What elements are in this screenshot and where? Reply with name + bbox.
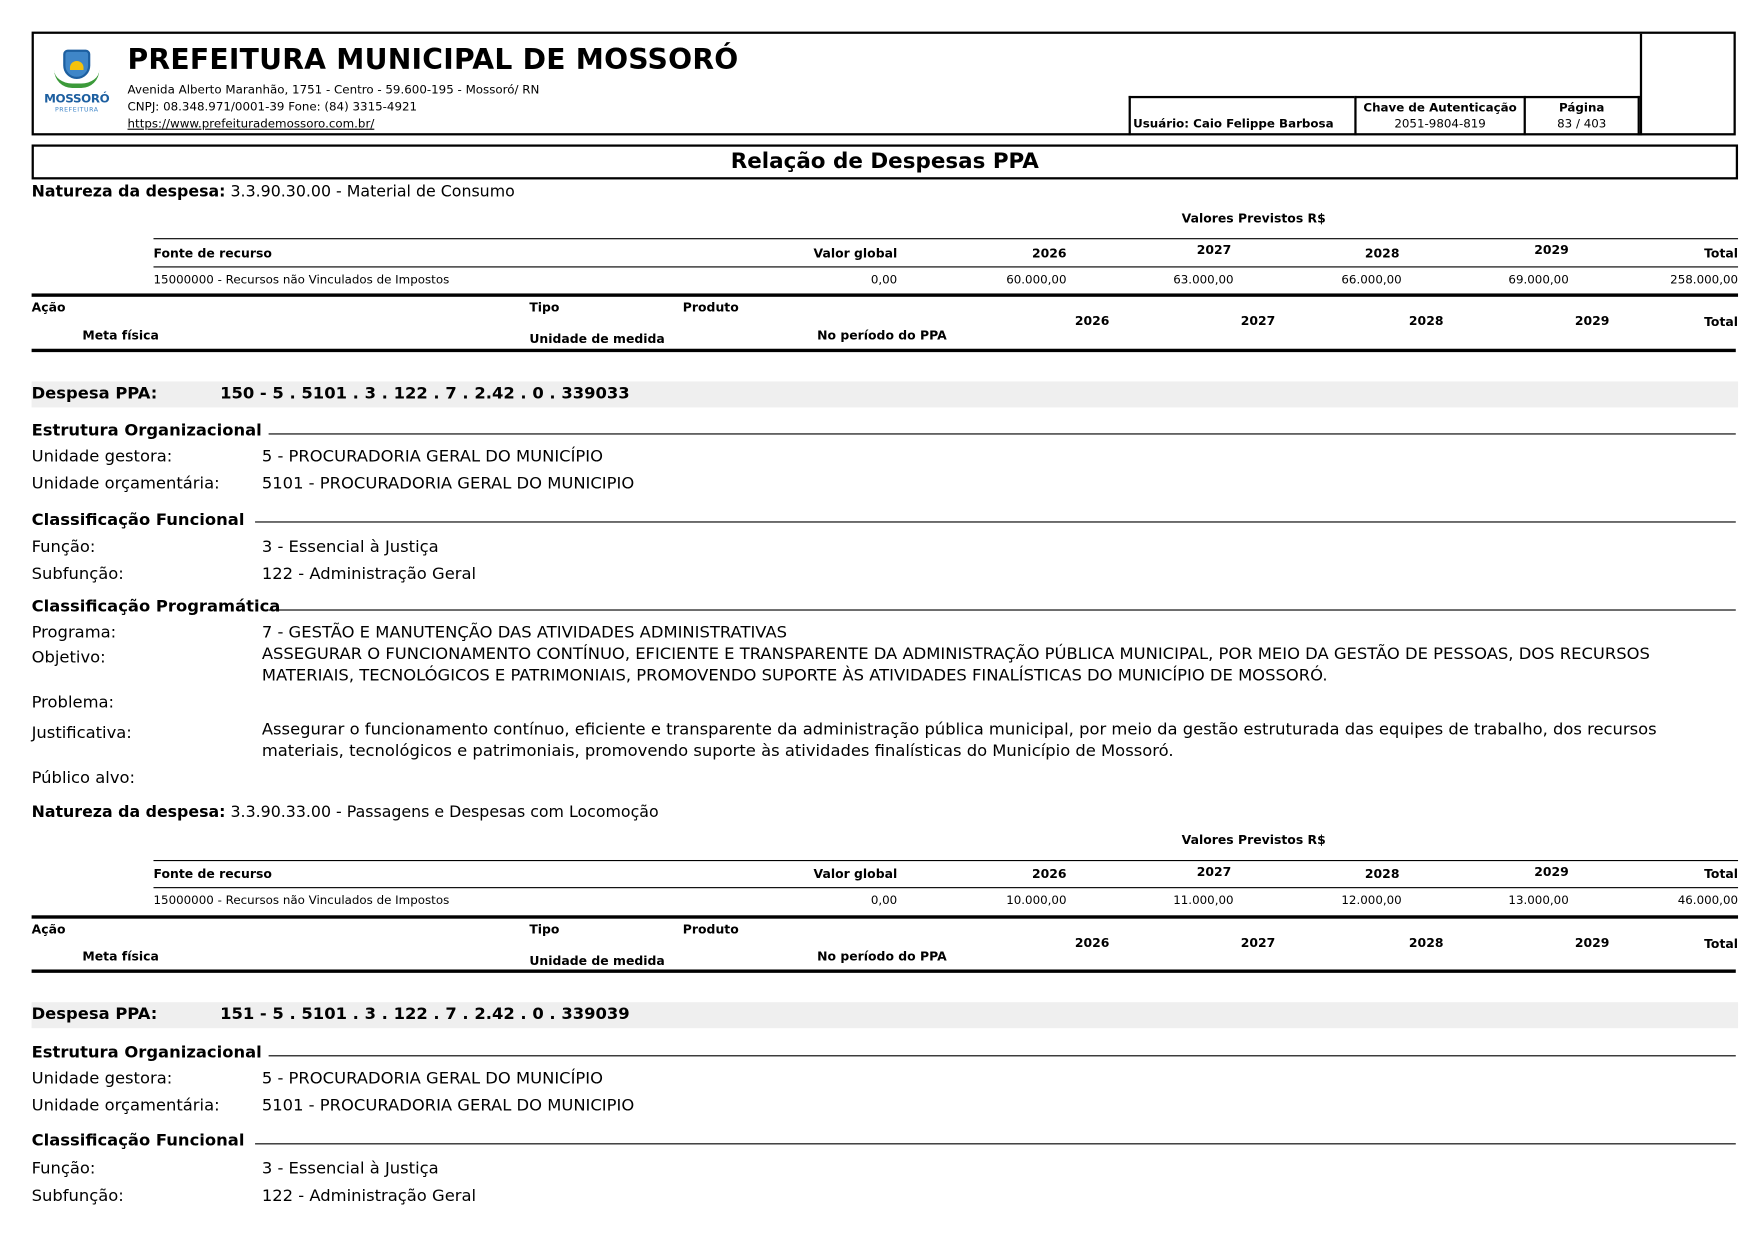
col-total: Total xyxy=(1659,246,1738,261)
natureza-value: 3.3.90.33.00 - Passagens e Despesas com … xyxy=(230,804,658,822)
col-year-2029: 2029 xyxy=(1501,865,1569,880)
col-no-periodo: No período do PPA xyxy=(817,949,947,964)
natureza-despesa-2: Natureza da despesa: 3.3.90.33.00 - Pass… xyxy=(32,804,659,822)
valor-global-value: 0,00 xyxy=(784,894,897,908)
col-year-2026: 2026 xyxy=(999,867,1067,882)
natureza-despesa-1: Natureza da despesa: 3.3.90.30.00 - Mate… xyxy=(32,183,515,201)
col-produto: Produto xyxy=(683,300,739,315)
org-address: Avenida Alberto Maranhão, 1751 - Centro … xyxy=(128,84,540,98)
report-page: MOSSORÓ PREFEITURA PREFEITURA MUNICIPAL … xyxy=(0,0,1755,1240)
value-2027: 11.000,00 xyxy=(1121,894,1234,908)
col-year-2028: 2028 xyxy=(1332,867,1400,882)
col-acao: Ação xyxy=(32,300,66,315)
col-produto: Produto xyxy=(683,922,739,937)
value-2029: 69.000,00 xyxy=(1456,273,1569,287)
value-total: 258.000,00 xyxy=(1625,273,1738,287)
meta-year-2029: 2029 xyxy=(1542,314,1610,329)
divider xyxy=(32,969,1736,972)
auth-key-label: Chave de Autenticação xyxy=(1357,102,1524,116)
meta-year-2026: 2026 xyxy=(1042,936,1110,951)
col-tipo: Tipo xyxy=(529,922,559,937)
valores-previstos-label: Valores Previstos R$ xyxy=(1182,833,1326,848)
despesa-ppa-code: 150 - 5 . 5101 . 3 . 122 . 7 . 2.42 . 0 … xyxy=(220,385,630,403)
fonte-recurso-value: 15000000 - Recursos não Vinculados de Im… xyxy=(153,894,449,908)
unidade-orcamentaria-value: 5101 - PROCURADORIA GERAL DO MUNICIPIO xyxy=(262,1097,634,1115)
report-title: Relação de Despesas PPA xyxy=(32,144,1738,179)
meta-year-2027: 2027 xyxy=(1208,314,1276,329)
col-meta-fisica: Meta física xyxy=(82,949,158,964)
page-number-box: Página 83 / 403 xyxy=(1524,96,1640,136)
col-no-periodo: No período do PPA xyxy=(817,328,947,343)
col-meta-fisica: Meta física xyxy=(82,328,158,343)
funcao-label: Função: xyxy=(32,538,96,556)
col-total: Total xyxy=(1659,867,1738,882)
programa-label: Programa: xyxy=(32,624,117,642)
valores-previstos-label: Valores Previstos R$ xyxy=(1182,211,1326,226)
funcao-label: Função: xyxy=(32,1160,96,1178)
meta-year-2027: 2027 xyxy=(1208,936,1276,951)
publico-alvo-label: Público alvo: xyxy=(32,770,135,788)
logo-subtitle: PREFEITURA xyxy=(43,107,111,114)
natureza-value: 3.3.90.30.00 - Material de Consumo xyxy=(230,183,514,201)
problema-label: Problema: xyxy=(32,694,114,712)
col-year-2027: 2027 xyxy=(1164,865,1232,880)
justificativa-label: Justificativa: xyxy=(32,725,132,743)
unidade-gestora-label: Unidade gestora: xyxy=(32,448,173,466)
col-fonte-recurso: Fonte de recurso xyxy=(153,867,271,882)
sun-icon xyxy=(70,61,84,70)
funcao-value: 3 - Essencial à Justiça xyxy=(262,1160,439,1178)
fonte-recurso-value: 15000000 - Recursos não Vinculados de Im… xyxy=(153,273,449,287)
mossoro-logo: MOSSORÓ PREFEITURA xyxy=(43,50,111,120)
divider xyxy=(153,887,1738,888)
divider xyxy=(153,860,1738,861)
org-website-link[interactable]: https://www.prefeiturademossoro.com.br/ xyxy=(128,117,375,131)
section-estrutura: Estrutura Organizacional xyxy=(32,1044,262,1062)
unidade-gestora-value: 5 - PROCURADORIA GERAL DO MUNICÍPIO xyxy=(262,1070,603,1088)
divider xyxy=(32,293,1738,296)
section-classificacao-funcional: Classificação Funcional xyxy=(32,1132,245,1150)
org-contact: CNPJ: 08.348.971/0001-39 Fone: (84) 3315… xyxy=(128,100,418,114)
value-2027: 63.000,00 xyxy=(1121,273,1234,287)
col-valor-global: Valor global xyxy=(784,246,897,261)
value-2029: 13.000,00 xyxy=(1456,894,1569,908)
natureza-label: Natureza da despesa: xyxy=(32,183,226,201)
logo-name: MOSSORÓ xyxy=(43,93,111,107)
auth-key-box: Chave de Autenticação 2051-9804-819 xyxy=(1354,96,1523,136)
despesa-ppa-label: Despesa PPA: xyxy=(32,1006,158,1024)
meta-year-2029: 2029 xyxy=(1542,936,1610,951)
divider xyxy=(153,238,1738,239)
divider xyxy=(153,266,1738,267)
value-total: 46.000,00 xyxy=(1625,894,1738,908)
col-unidade-medida: Unidade de medida xyxy=(529,332,664,347)
subfuncao-value: 122 - Administração Geral xyxy=(262,1187,476,1205)
value-2028: 66.000,00 xyxy=(1289,273,1402,287)
despesa-ppa-band: Despesa PPA: 150 - 5 . 5101 . 3 . 122 . … xyxy=(32,381,1738,407)
unidade-gestora-value: 5 - PROCURADORIA GERAL DO MUNICÍPIO xyxy=(262,448,603,466)
section-divider xyxy=(255,1143,1736,1144)
section-estrutura: Estrutura Organizacional xyxy=(32,422,262,440)
valor-global-value: 0,00 xyxy=(784,273,897,287)
col-year-2027: 2027 xyxy=(1164,243,1232,258)
meta-year-2028: 2028 xyxy=(1376,936,1444,951)
meta-year-2028: 2028 xyxy=(1376,314,1444,329)
page-value: 83 / 403 xyxy=(1526,117,1638,131)
section-classificacao-programatica: Classificação Programática xyxy=(32,598,281,616)
value-2026: 60.000,00 xyxy=(954,273,1067,287)
objetivo-value: ASSEGURAR O FUNCIONAMENTO CONTÍNUO, EFIC… xyxy=(262,644,1729,687)
col-year-2028: 2028 xyxy=(1332,246,1400,261)
header-divider xyxy=(1640,34,1642,136)
subfuncao-label: Subfunção: xyxy=(32,565,124,583)
value-2028: 12.000,00 xyxy=(1289,894,1402,908)
unidade-orcamentaria-label: Unidade orçamentária: xyxy=(32,475,220,493)
despesa-ppa-label: Despesa PPA: xyxy=(32,385,158,403)
col-valor-global: Valor global xyxy=(784,867,897,882)
section-divider xyxy=(269,1055,1736,1056)
unidade-orcamentaria-label: Unidade orçamentária: xyxy=(32,1097,220,1115)
value-2026: 10.000,00 xyxy=(954,894,1067,908)
subfuncao-value: 122 - Administração Geral xyxy=(262,565,476,583)
unidade-orcamentaria-value: 5101 - PROCURADORIA GERAL DO MUNICIPIO xyxy=(262,475,634,493)
report-header: MOSSORÓ PREFEITURA PREFEITURA MUNICIPAL … xyxy=(32,32,1736,136)
meta-year-2026: 2026 xyxy=(1042,314,1110,329)
user-info: Usuário: Caio Felippe Barbosa xyxy=(1129,96,1355,136)
natureza-label: Natureza da despesa: xyxy=(32,804,226,822)
divider xyxy=(32,915,1738,918)
org-name: PREFEITURA MUNICIPAL DE MOSSORÓ xyxy=(128,43,739,76)
col-year-2029: 2029 xyxy=(1501,243,1569,258)
meta-col-total: Total xyxy=(1659,937,1738,952)
despesa-ppa-band: Despesa PPA: 151 - 5 . 5101 . 3 . 122 . … xyxy=(32,1002,1738,1028)
col-acao: Ação xyxy=(32,922,66,937)
section-divider xyxy=(269,609,1736,610)
page-label: Página xyxy=(1526,102,1638,116)
wreath-icon xyxy=(54,70,99,88)
section-divider xyxy=(269,433,1736,434)
col-tipo: Tipo xyxy=(529,300,559,315)
unidade-gestora-label: Unidade gestora: xyxy=(32,1070,173,1088)
meta-col-total: Total xyxy=(1659,315,1738,330)
justificativa-value: Assegurar o funcionamento contínuo, efic… xyxy=(262,720,1729,763)
divider xyxy=(32,349,1736,352)
subfuncao-label: Subfunção: xyxy=(32,1187,124,1205)
funcao-value: 3 - Essencial à Justiça xyxy=(262,538,439,556)
auth-key-value: 2051-9804-819 xyxy=(1357,117,1524,131)
despesa-ppa-code: 151 - 5 . 5101 . 3 . 122 . 7 . 2.42 . 0 … xyxy=(220,1006,630,1024)
objetivo-label: Objetivo: xyxy=(32,649,106,667)
col-unidade-medida: Unidade de medida xyxy=(529,954,664,969)
programa-value: 7 - GESTÃO E MANUTENÇÃO DAS ATIVIDADES A… xyxy=(262,624,787,642)
section-classificacao-funcional: Classificação Funcional xyxy=(32,511,245,529)
col-year-2026: 2026 xyxy=(999,246,1067,261)
col-fonte-recurso: Fonte de recurso xyxy=(153,246,271,261)
section-divider xyxy=(255,521,1736,522)
